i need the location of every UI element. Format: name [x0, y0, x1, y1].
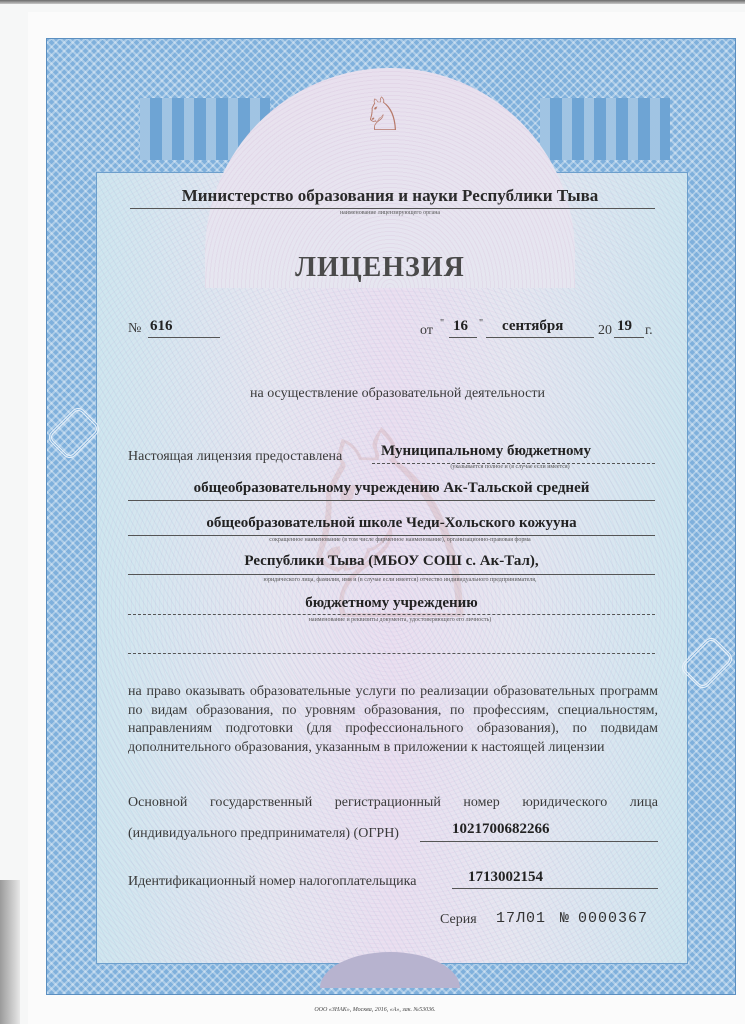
- year-underline: [614, 337, 644, 338]
- day-underline: [449, 337, 477, 338]
- date-prefix: от: [420, 323, 433, 339]
- caption-document: наименование и реквизиты документа, удос…: [200, 617, 600, 623]
- scan-edge-top: [0, 0, 745, 4]
- date-year-unit: г.: [645, 323, 653, 339]
- double-headed-eagle-icon: ♘: [360, 85, 406, 145]
- document-title: ЛИЦЕНЗИЯ: [180, 252, 580, 284]
- month-underline: [486, 337, 594, 338]
- caption-full-name: (указывается полное и (в случае если име…: [430, 464, 590, 470]
- licensee-underline-3: [128, 535, 655, 536]
- date-month: сентября: [502, 318, 563, 335]
- issuer-underline: [130, 208, 655, 209]
- date-year-suffix: 19: [617, 318, 632, 335]
- ornament-band-right: [540, 98, 670, 160]
- printer-note: ООО «ЗНАК», Москва, 2016, «А», зак. №530…: [250, 1007, 500, 1013]
- licensee-line-3: общеобразовательной школе Чеди-Хольского…: [128, 515, 655, 532]
- licensee-line-2: общеобразовательному учреждению Ак-Тальс…: [128, 480, 655, 497]
- date-quote-open: ": [440, 318, 444, 329]
- serial-number-label: №: [560, 910, 570, 927]
- licensee-line-4: Республики Тыва (МБОУ СОШ с. Ак-Тал),: [128, 553, 655, 570]
- caption-entity: юридического лица, фамилия, имя и (в слу…: [200, 577, 600, 583]
- caption-short-name: сокращенное наименование (в том числе фи…: [200, 537, 600, 543]
- scan-edge-left: [0, 880, 20, 1024]
- ogrn-label-line2: (индивидуального предпринимателя) (ОГРН): [128, 826, 399, 842]
- number-underline: [148, 337, 220, 338]
- licensee-line-1: Муниципальному бюджетному: [381, 443, 591, 460]
- serial-number: 0000367: [578, 910, 648, 927]
- ogrn-value: 1021700682266: [452, 821, 550, 838]
- date-day: 16: [453, 318, 468, 335]
- rights-paragraph: на право оказывать образовательные услуг…: [128, 683, 658, 757]
- issuer-caption: наименование лицензирующего органа: [300, 210, 480, 216]
- granted-label: Настоящая лицензия предоставлена: [128, 449, 342, 465]
- activity-line: на осуществление образовательной деятель…: [250, 386, 545, 402]
- licensee-underline-5: [128, 614, 655, 615]
- licensee-underline-4: [128, 574, 655, 575]
- inn-label: Идентификационный номер налогоплательщик…: [128, 874, 416, 890]
- license-number: 616: [150, 318, 173, 335]
- inn-underline: [452, 888, 658, 889]
- inn-value: 1713002154: [468, 869, 543, 886]
- series-value: 17Л01: [496, 910, 546, 927]
- series-label: Серия: [440, 912, 477, 928]
- licensee-underline-2: [128, 500, 655, 501]
- issuer-name: Министерство образования и науки Республ…: [130, 186, 650, 206]
- date-year-prefix: 20: [598, 323, 612, 339]
- licensee-line-5: бюджетному учреждению: [128, 595, 655, 612]
- date-quote-close: ": [479, 318, 483, 329]
- number-label: №: [128, 321, 141, 337]
- ogrn-label-line1: Основной государственный регистрационный…: [128, 795, 658, 811]
- blank-underline: [128, 653, 655, 654]
- ogrn-underline: [420, 841, 658, 842]
